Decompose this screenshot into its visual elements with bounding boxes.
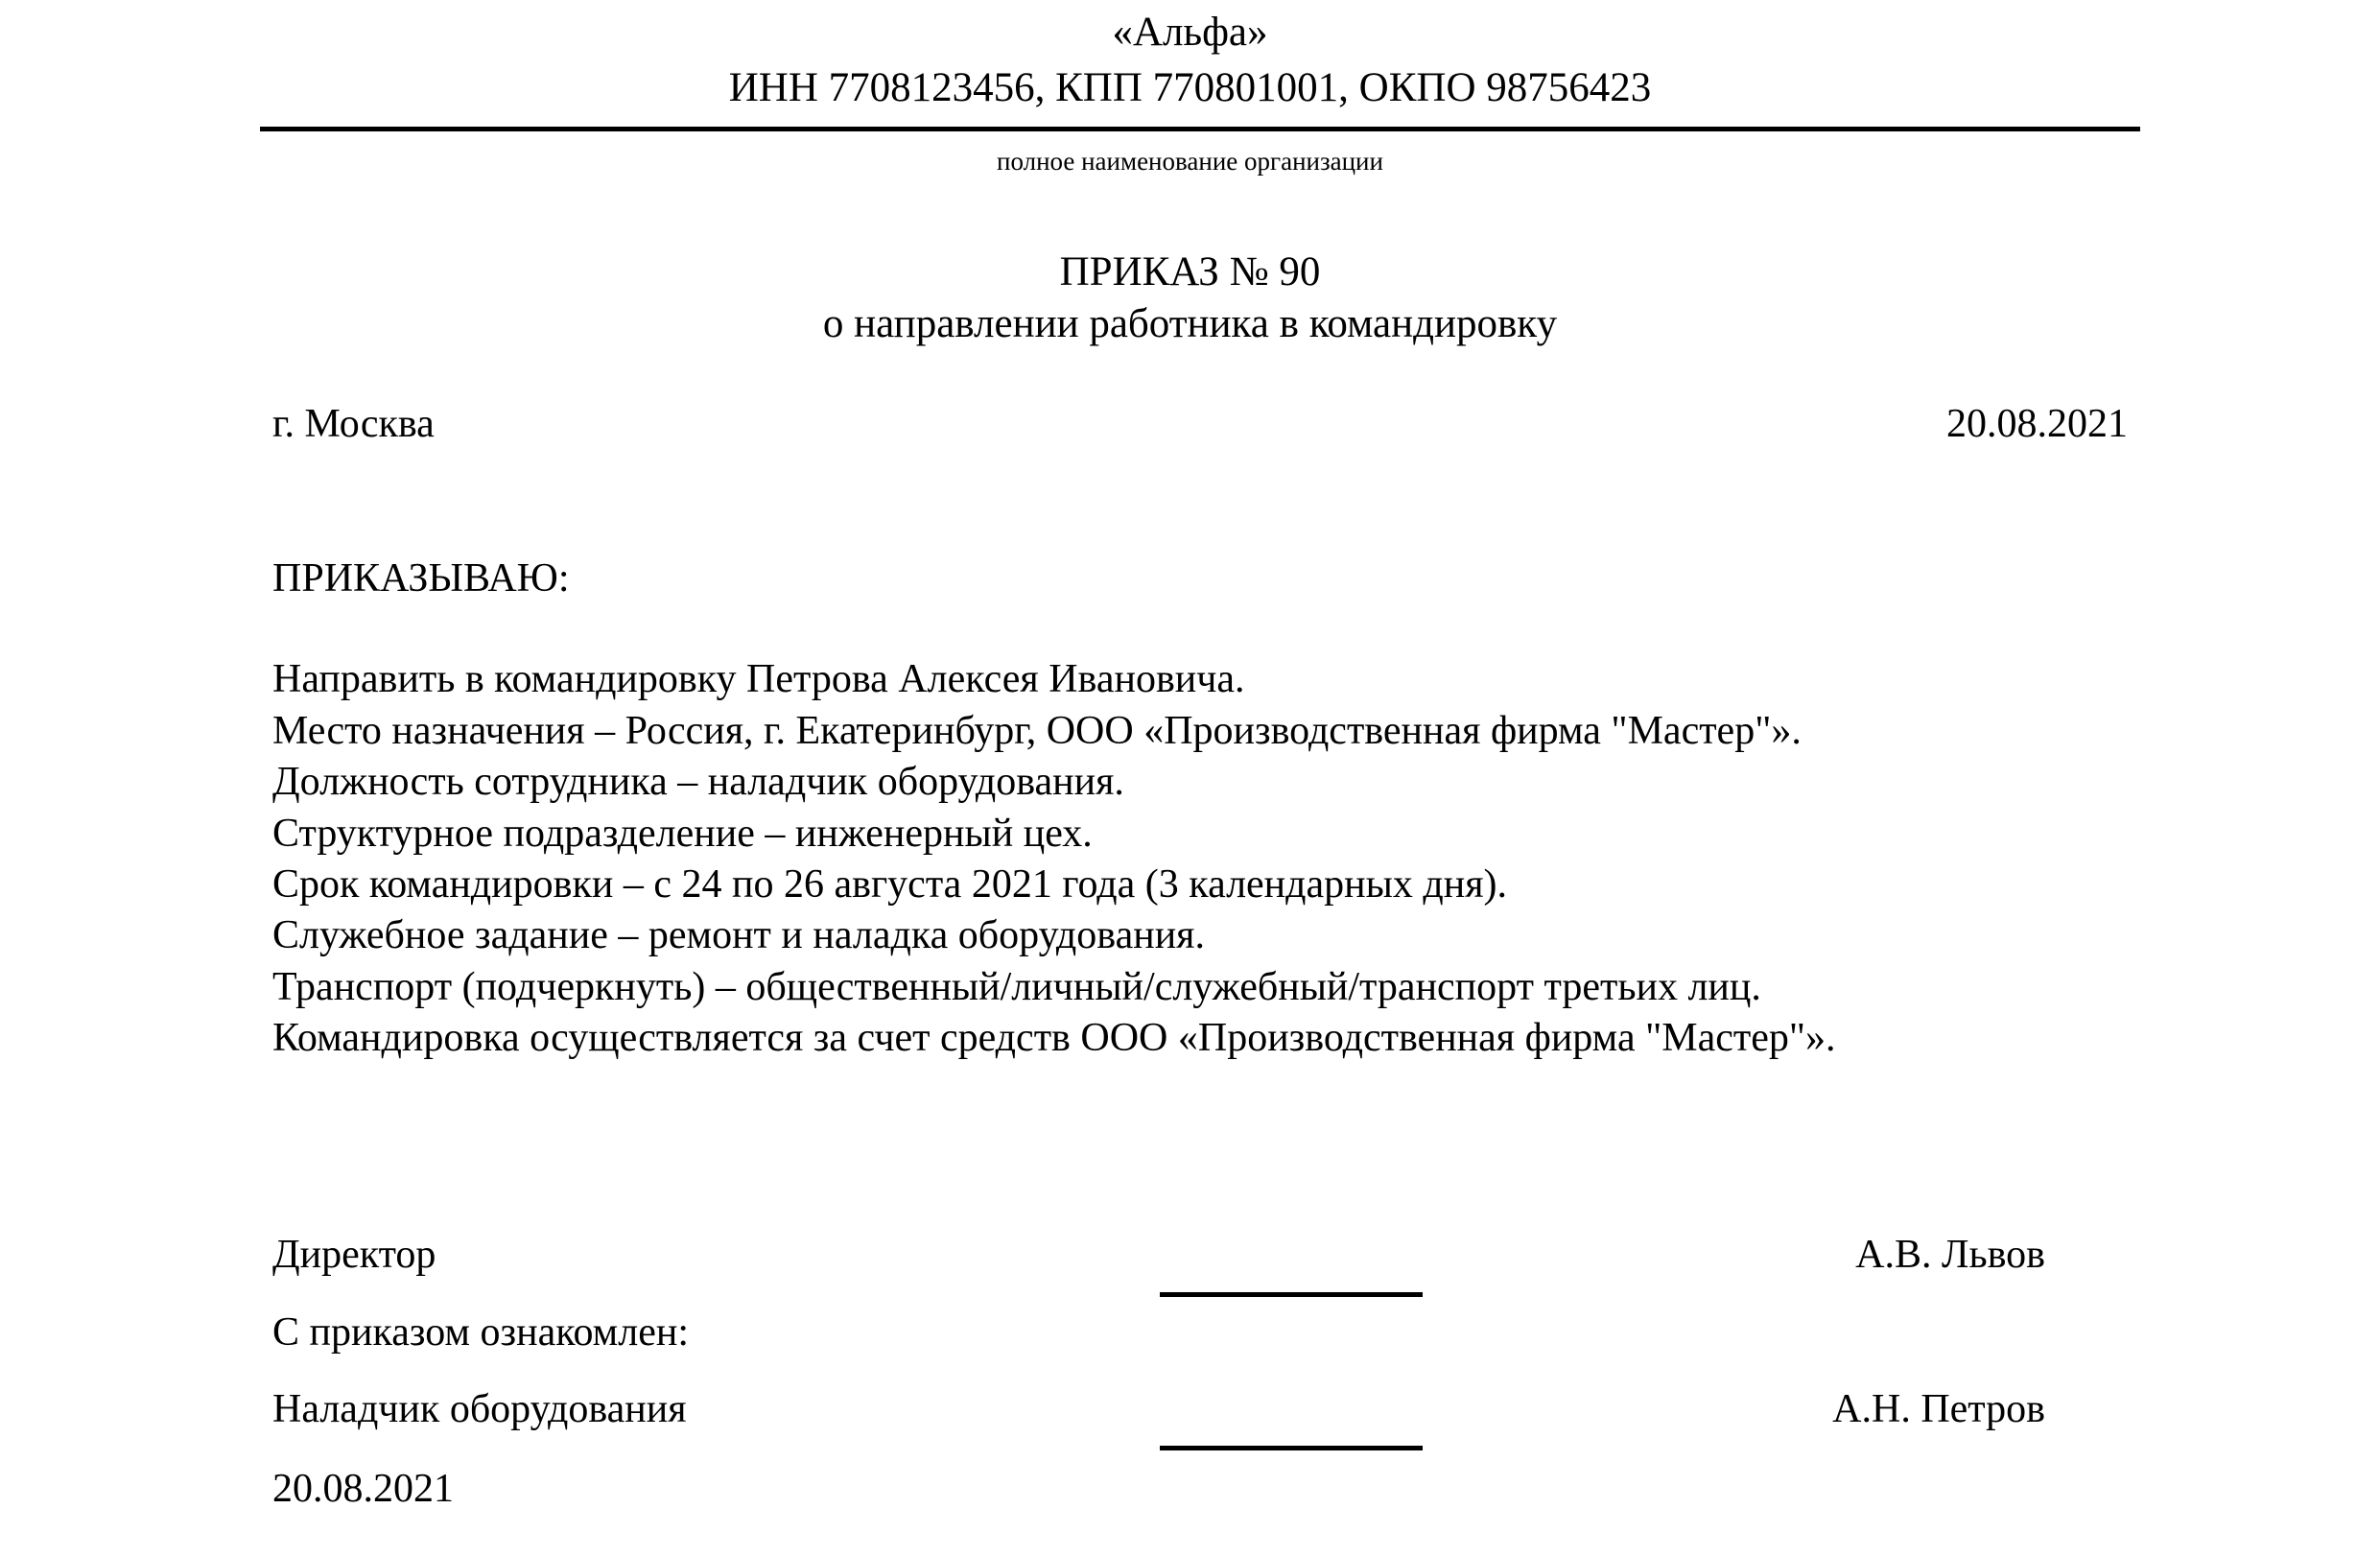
body-line: Должность сотрудника – наладчик оборудов…: [272, 762, 1124, 802]
header-rule: [260, 127, 2140, 131]
employee-signature-line: [1160, 1446, 1423, 1450]
acknowledged-date: 20.08.2021: [272, 1469, 454, 1509]
director-signature-line: [1160, 1292, 1423, 1297]
order-subject: о направлении работника в командировку: [0, 303, 2380, 344]
body-line: Направить в командировку Петрова Алексея…: [272, 659, 1245, 699]
director-title: Директор: [272, 1235, 436, 1275]
city: г. Москва: [272, 404, 435, 444]
org-codes: ИНН 7708123456, КПП 770801001, ОКПО 9875…: [0, 67, 2380, 108]
order-date: 20.08.2021: [1946, 404, 2128, 444]
body-line: Структурное подразделение – инженерный ц…: [272, 813, 1093, 854]
order-title: ПРИКАЗ № 90: [0, 251, 2380, 293]
order-word: ПРИКАЗЫВАЮ:: [272, 558, 570, 599]
body-line: Срок командировки – с 24 по 26 августа 2…: [272, 864, 1507, 905]
body-line: Транспорт (подчеркнуть) – общественный/л…: [272, 967, 1761, 1007]
org-name: «Альфа»: [0, 12, 2380, 53]
body-line: Командировка осуществляется за счет сред…: [272, 1018, 1836, 1058]
employee-name: А.Н. Петров: [1832, 1389, 2045, 1429]
body-line: Место назначения – Россия, г. Екатеринбу…: [272, 711, 1802, 751]
org-caption: полное наименование организации: [0, 149, 2380, 175]
director-name: А.В. Львов: [1855, 1235, 2045, 1275]
acknowledged-label: С приказом ознакомлен:: [272, 1312, 689, 1353]
employee-title: Наладчик оборудования: [272, 1389, 687, 1429]
body-line: Служебное задание – ремонт и наладка обо…: [272, 915, 1205, 955]
